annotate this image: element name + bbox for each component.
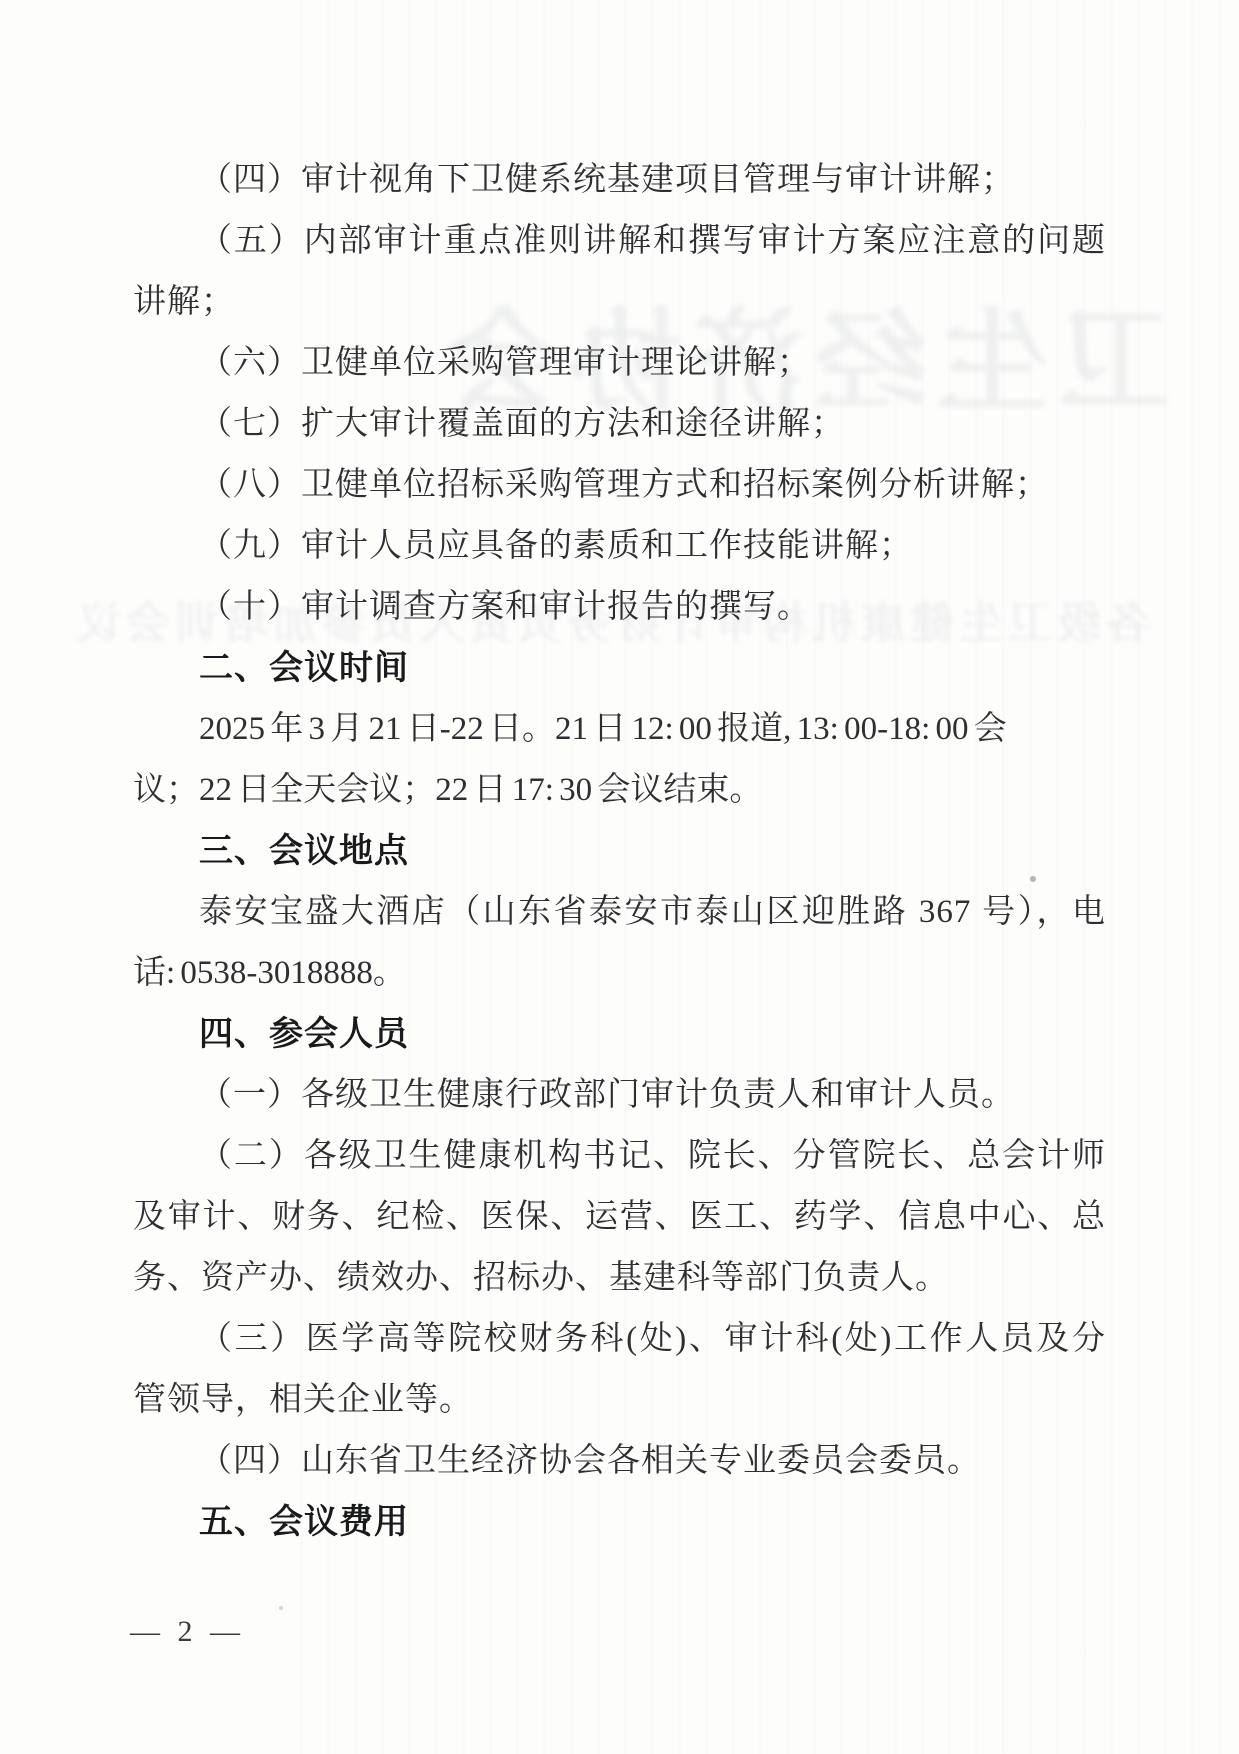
doc-line-participants-2c: 务、资产办、绩效办、招标办、基建科等部门负责人。 [133, 1248, 1106, 1309]
doc-line-participants-3b: 管领导，相关企业等。 [133, 1370, 1106, 1431]
page-number: — 2 — [130, 1612, 245, 1652]
doc-line-meeting-place-2: 话: 0538-3018888。 [133, 943, 1106, 1004]
doc-line-item-10: （十）审计调查方案和审计报告的撰写。 [133, 577, 1106, 638]
doc-line-item-6: （六）卫健单位采购管理审计理论讲解； [133, 333, 1106, 394]
doc-line-meeting-time-2: 议；22 日全天会议；22 日 17: 30 会议结束。 [133, 760, 1106, 821]
doc-line-participants-2b: 及审计、财务、纪检、医保、运营、医工、药学、信息中心、总 [133, 1187, 1106, 1248]
section-heading-meeting-fee: 五、会议费用 [133, 1492, 1106, 1553]
doc-line-participants-1: （一）各级卫生健康行政部门审计负责人和审计人员。 [133, 1065, 1106, 1126]
doc-line-item-5: （五）内部审计重点准则讲解和撰写审计方案应注意的问题 [133, 211, 1106, 272]
document-content: （四）审计视角下卫健系统基建项目管理与审计讲解； （五）内部审计重点准则讲解和撰… [133, 150, 1106, 1553]
doc-line-item-9: （九）审计人员应具备的素质和工作技能讲解； [133, 516, 1106, 577]
ink-speck [279, 1606, 283, 1610]
ink-speck [1030, 876, 1036, 882]
doc-line-item-4: （四）审计视角下卫健系统基建项目管理与审计讲解； [133, 150, 1106, 211]
section-heading-participants: 四、参会人员 [133, 1004, 1106, 1065]
doc-line-meeting-time-1: 2025 年 3 月 21 日-22 日。21 日 12: 00 报道, 13:… [133, 699, 1106, 760]
doc-line-participants-3a: （三）医学高等院校财务科(处)、审计科(处)工作人员及分 [133, 1309, 1106, 1370]
doc-line-participants-2a: （二）各级卫生健康机构书记、院长、分管院长、总会计师 [133, 1126, 1106, 1187]
doc-line-item-5-cont: 讲解； [133, 272, 1106, 333]
doc-line-participants-4: （四）山东省卫生经济协会各相关专业委员会委员。 [133, 1431, 1106, 1492]
doc-line-item-8: （八）卫健单位招标采购管理方式和招标案例分析讲解； [133, 455, 1106, 516]
doc-line-item-7: （七）扩大审计覆盖面的方法和途径讲解； [133, 394, 1106, 455]
document-page: 卫生经济协会 各级卫生健康机构审计财务负责人员参加培训会议 （四）审计视角下卫健… [0, 0, 1239, 1754]
section-heading-meeting-time: 二、会议时间 [133, 638, 1106, 699]
doc-line-meeting-place-1: 泰安宝盛大酒店（山东省泰安市泰山区迎胜路 367 号），电 [133, 882, 1106, 943]
section-heading-meeting-place: 三、会议地点 [133, 821, 1106, 882]
